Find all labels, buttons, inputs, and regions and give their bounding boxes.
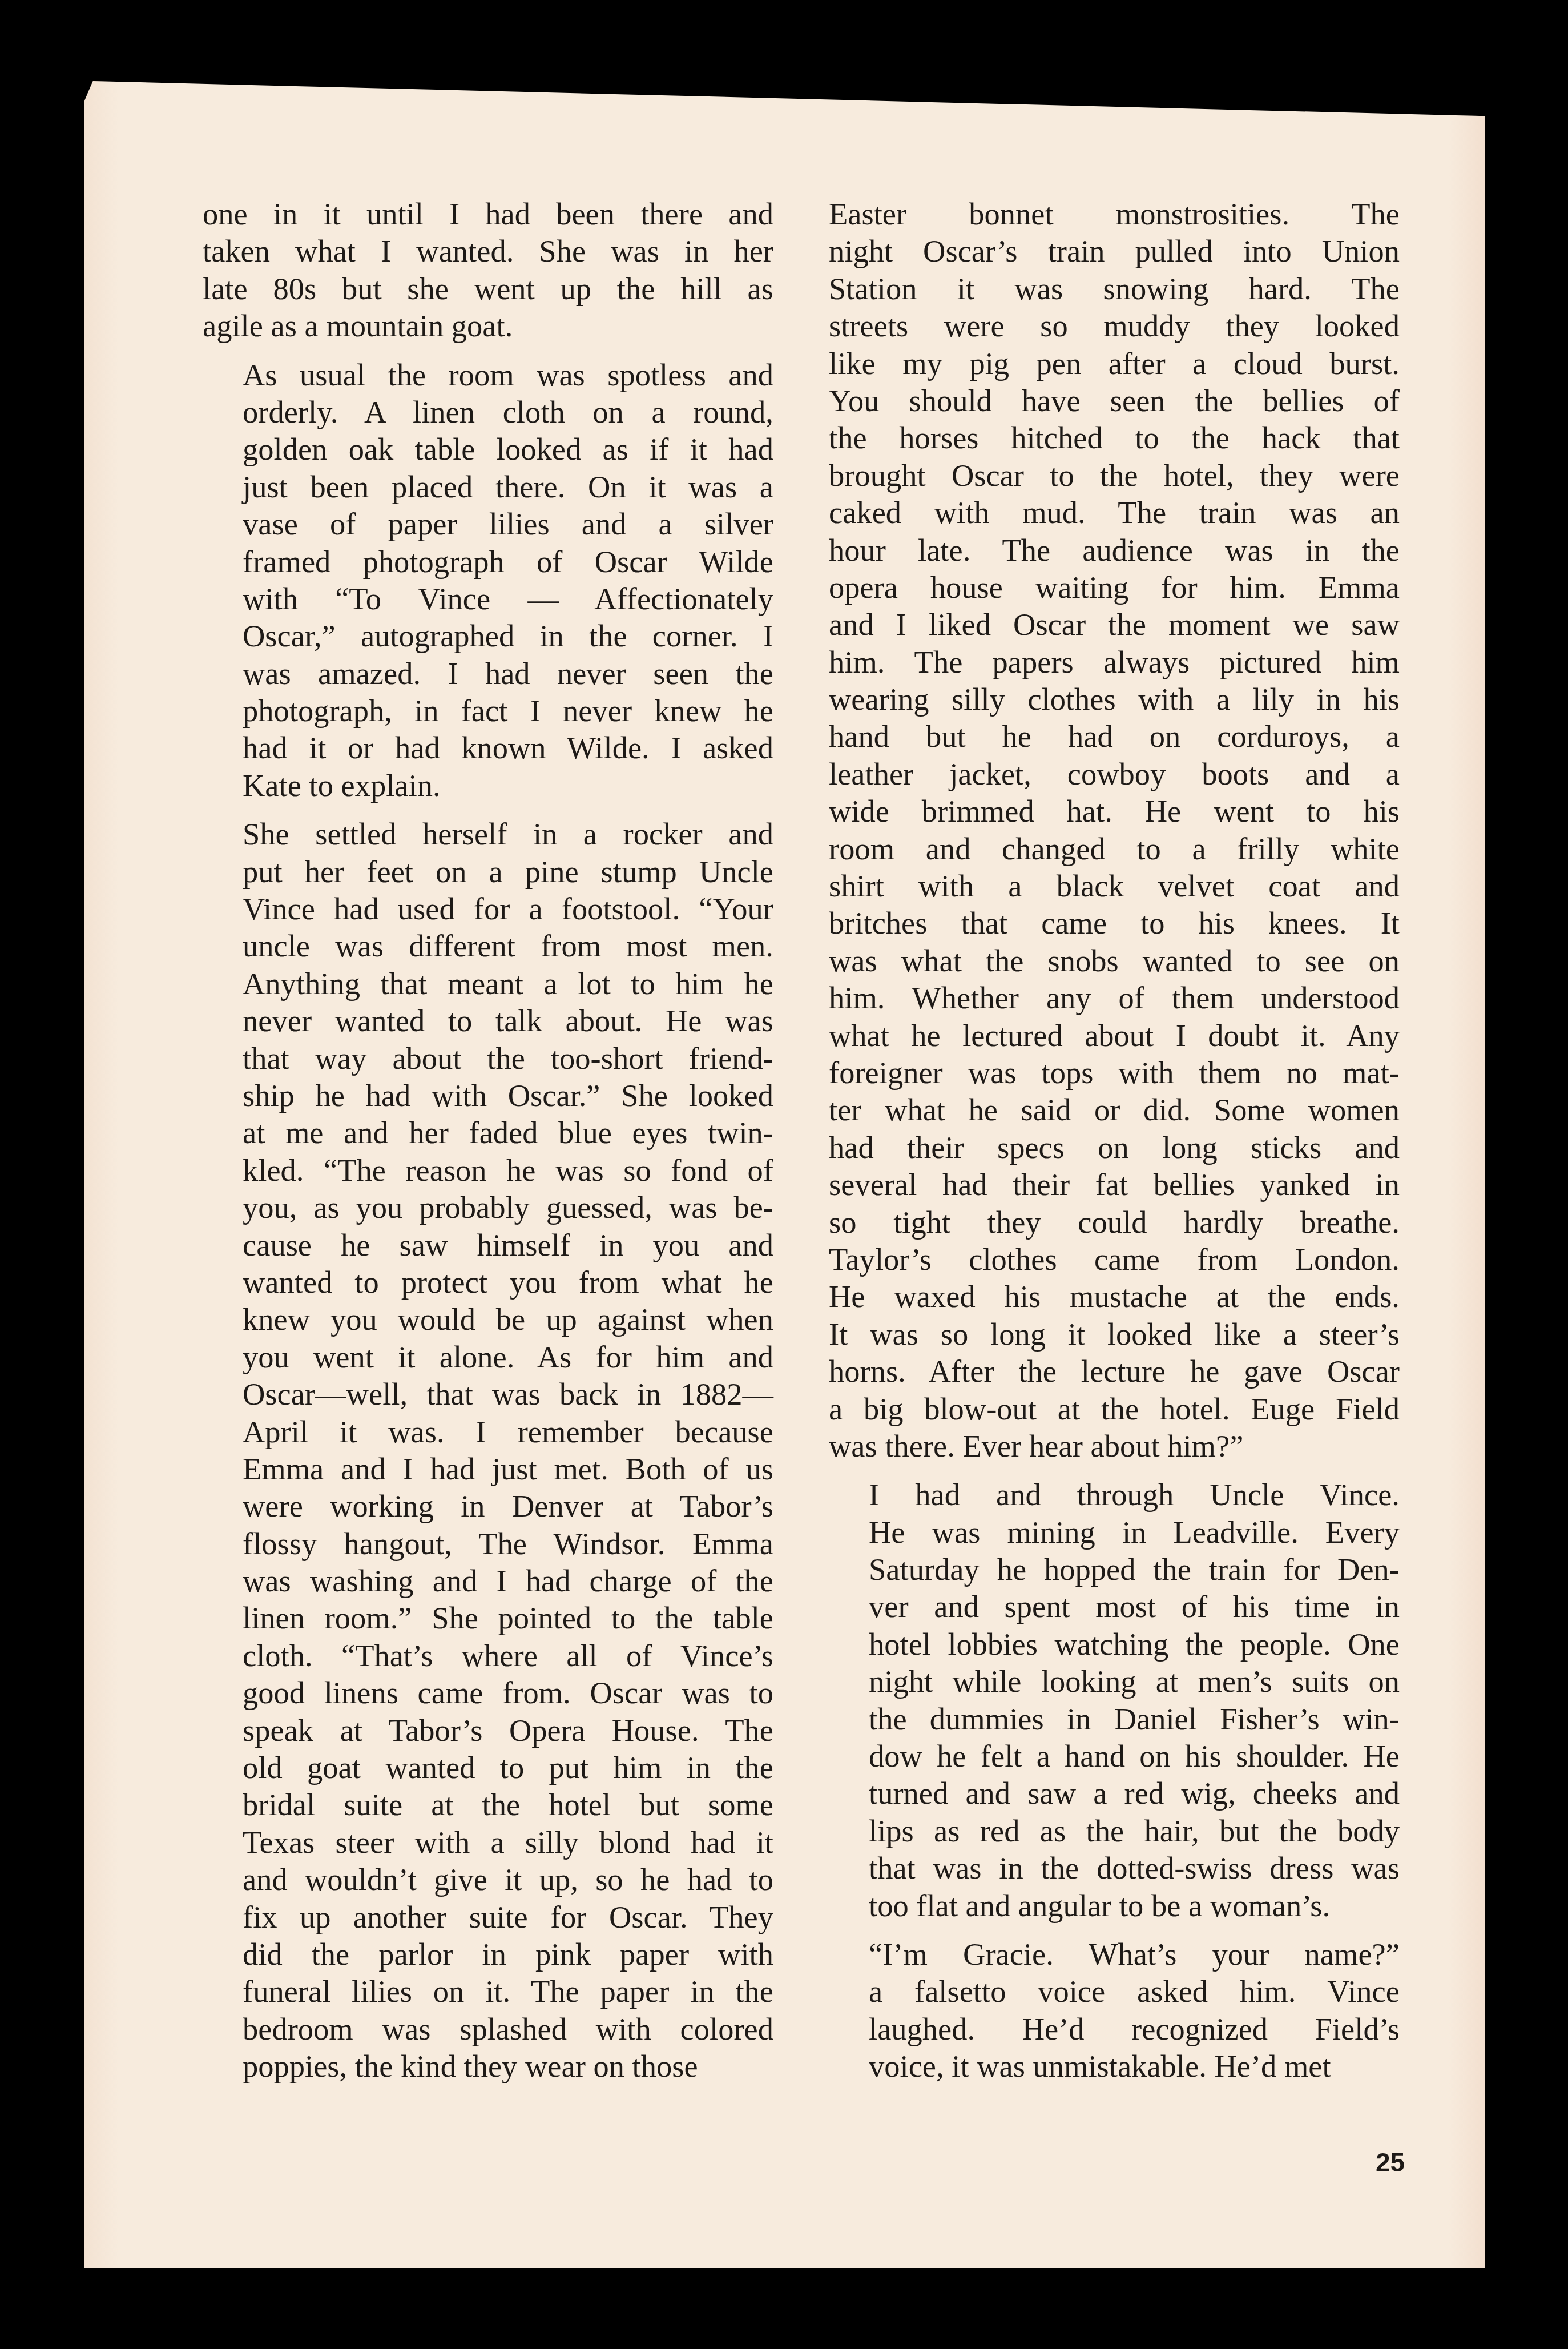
text-line: leather jacket, cowboy boots and a: [829, 755, 1400, 793]
text-line: was what the snobs wanted to see on: [829, 942, 1400, 979]
text-line: Oscar—well, that was back in 1882—: [203, 1375, 773, 1413]
left-text-column: one in it until I had been there andtake…: [203, 195, 773, 2097]
text-line: voice, it was unmistakable. He’d met: [829, 2048, 1400, 2085]
right-text-column: Easter bonnet monstrosities. Thenight Os…: [829, 195, 1400, 2097]
text-line: him. The papers always pictured him: [829, 643, 1400, 681]
text-line: “I’m Gracie. What’s your name?”: [829, 1936, 1400, 1973]
text-line: photograph, in fact I never knew he: [203, 692, 773, 729]
text-line: you, as you probably guessed, was be-: [203, 1189, 773, 1226]
text-line: poppies, the kind they wear on those: [203, 2048, 773, 2085]
text-line: one in it until I had been there and: [203, 195, 773, 232]
text-line: I had and through Uncle Vince.: [829, 1476, 1400, 1513]
text-line: and wouldn’t give it up, so he had to: [203, 1861, 773, 1898]
text-line: foreigner was tops with them no mat-: [829, 1054, 1400, 1091]
text-line: turned and saw a red wig, cheeks and: [829, 1775, 1400, 1812]
text-line: shirt with a black velvet coat and: [829, 867, 1400, 904]
text-line: Kate to explain.: [203, 767, 773, 804]
text-line: You should have seen the bellies of: [829, 382, 1400, 419]
text-line: As usual the room was spotless and: [203, 356, 773, 393]
text-line: streets were so muddy they looked: [829, 307, 1400, 344]
text-line: did the parlor in pink paper with: [203, 1936, 773, 1973]
text-line: golden oak table looked as if it had: [203, 431, 773, 468]
text-line: He was mining in Leadville. Every: [829, 1514, 1400, 1551]
text-line: bridal suite at the hotel but some: [203, 1786, 773, 1823]
text-line: Station it was snowing hard. The: [829, 270, 1400, 307]
paragraph: As usual the room was spotless andorderl…: [203, 356, 773, 805]
text-line: It was so long it looked like a steer’s: [829, 1316, 1400, 1353]
text-line: bedroom was splashed with colored: [203, 2010, 773, 2048]
text-line: so tight they could hardly breathe.: [829, 1204, 1400, 1241]
text-line: funeral lilies on it. The paper in the: [203, 1973, 773, 2010]
text-line: Saturday he hopped the train for Den-: [829, 1551, 1400, 1588]
text-line: agile as a mountain goat.: [203, 307, 773, 344]
text-line: ship he had with Oscar.” She looked: [203, 1077, 773, 1114]
text-line: several had their fat bellies yanked in: [829, 1166, 1400, 1203]
text-line: the horses hitched to the hack that: [829, 419, 1400, 456]
text-line: speak at Tabor’s Opera House. The: [203, 1712, 773, 1749]
text-line: flossy hangout, The Windsor. Emma: [203, 1525, 773, 1562]
text-line: him. Whether any of them understood: [829, 979, 1400, 1016]
text-line: Emma and I had just met. Both of us: [203, 1450, 773, 1487]
text-line: hotel lobbies watching the people. One: [829, 1626, 1400, 1663]
text-line: Vince had used for a footstool. “Your: [203, 890, 773, 927]
text-line: were working in Denver at Tabor’s: [203, 1487, 773, 1525]
text-line: Taylor’s clothes came from London.: [829, 1241, 1400, 1278]
text-line: had it or had known Wilde. I asked: [203, 729, 773, 766]
text-line: She settled herself in a rocker and: [203, 815, 773, 852]
text-line: taken what I wanted. She was in her: [203, 232, 773, 270]
text-line: a falsetto voice asked him. Vince: [829, 1973, 1400, 2010]
text-line: orderly. A linen cloth on a round,: [203, 393, 773, 431]
text-line: you went it alone. As for him and: [203, 1338, 773, 1375]
text-line: at me and her faded blue eyes twin-: [203, 1114, 773, 1151]
text-line: a big blow-out at the hotel. Euge Field: [829, 1390, 1400, 1427]
text-line: caked with mud. The train was an: [829, 494, 1400, 531]
text-line: too flat and angular to be a woman’s.: [829, 1887, 1400, 1924]
text-line: horns. After the lecture he gave Oscar: [829, 1353, 1400, 1390]
page-number: 25: [1376, 2147, 1405, 2178]
text-line: hand but he had on corduroys, a: [829, 718, 1400, 755]
text-line: Anything that meant a lot to him he: [203, 965, 773, 1002]
text-line: uncle was different from most men.: [203, 927, 773, 964]
text-line: room and changed to a frilly white: [829, 830, 1400, 867]
paragraph: one in it until I had been there andtake…: [203, 195, 773, 345]
text-line: He waxed his mustache at the ends.: [829, 1278, 1400, 1315]
text-line: hour late. The audience was in the: [829, 532, 1400, 569]
text-line: was amazed. I had never seen the: [203, 655, 773, 692]
paragraph: I had and through Uncle Vince.He was min…: [829, 1476, 1400, 1924]
paragraph: Easter bonnet monstrosities. Thenight Os…: [829, 195, 1400, 1465]
text-line: with “To Vince — Affectionately: [203, 580, 773, 617]
text-line: lips as red as the hair, but the body: [829, 1812, 1400, 1849]
text-line: Oscar,” autographed in the corner. I: [203, 617, 773, 654]
text-line: Texas steer with a silly blond had it: [203, 1824, 773, 1861]
text-line: cloth. “That’s where all of Vince’s: [203, 1637, 773, 1674]
text-line: never wanted to talk about. He was: [203, 1002, 773, 1039]
text-line: the dummies in Daniel Fisher’s win-: [829, 1700, 1400, 1737]
text-line: fix up another suite for Oscar. They: [203, 1898, 773, 1936]
text-line: night while looking at men’s suits on: [829, 1663, 1400, 1700]
text-line: brought Oscar to the hotel, they were: [829, 457, 1400, 494]
text-line: vase of paper lilies and a silver: [203, 505, 773, 542]
text-line: night Oscar’s train pulled into Union: [829, 232, 1400, 270]
text-line: Easter bonnet monstrosities. The: [829, 195, 1400, 232]
text-line: and I liked Oscar the moment we saw: [829, 606, 1400, 643]
text-line: wanted to protect you from what he: [203, 1264, 773, 1301]
text-line: old goat wanted to put him in the: [203, 1749, 773, 1786]
text-line: that way about the too-short friend-: [203, 1040, 773, 1077]
text-line: late 80s but she went up the hill as: [203, 270, 773, 307]
text-line: ver and spent most of his time in: [829, 1588, 1400, 1625]
text-line: like my pig pen after a cloud burst.: [829, 345, 1400, 382]
text-line: good linens came from. Oscar was to: [203, 1674, 773, 1711]
text-line: put her feet on a pine stump Uncle: [203, 853, 773, 890]
text-line: April it was. I remember because: [203, 1413, 773, 1450]
text-line: ter what he said or did. Some women: [829, 1091, 1400, 1128]
paragraph: “I’m Gracie. What’s your name?”a falsett…: [829, 1936, 1400, 2085]
text-line: wearing silly clothes with a lily in his: [829, 681, 1400, 718]
text-line: had their specs on long sticks and: [829, 1129, 1400, 1166]
text-line: knew you would be up against when: [203, 1301, 773, 1338]
text-line: dow he felt a hand on his shoulder. He: [829, 1737, 1400, 1775]
text-line: framed photograph of Oscar Wilde: [203, 543, 773, 580]
text-line: britches that came to his knees. It: [829, 904, 1400, 942]
paragraph: She settled herself in a rocker andput h…: [203, 815, 773, 2085]
text-line: was washing and I had charge of the: [203, 1562, 773, 1599]
text-line: cause he saw himself in you and: [203, 1226, 773, 1264]
text-line: laughed. He’d recognized Field’s: [829, 2010, 1400, 2048]
text-line: was there. Ever hear about him?”: [829, 1427, 1400, 1465]
text-line: linen room.” She pointed to the table: [203, 1599, 773, 1636]
text-line: opera house waiting for him. Emma: [829, 569, 1400, 606]
text-line: wide brimmed hat. He went to his: [829, 793, 1400, 830]
text-line: what he lectured about I doubt it. Any: [829, 1017, 1400, 1054]
text-line: that was in the dotted-swiss dress was: [829, 1849, 1400, 1887]
text-line: kled. “The reason he was so fond of: [203, 1152, 773, 1189]
magazine-page: one in it until I had been there andtake…: [84, 81, 1485, 2268]
text-line: just been placed there. On it was a: [203, 468, 773, 505]
